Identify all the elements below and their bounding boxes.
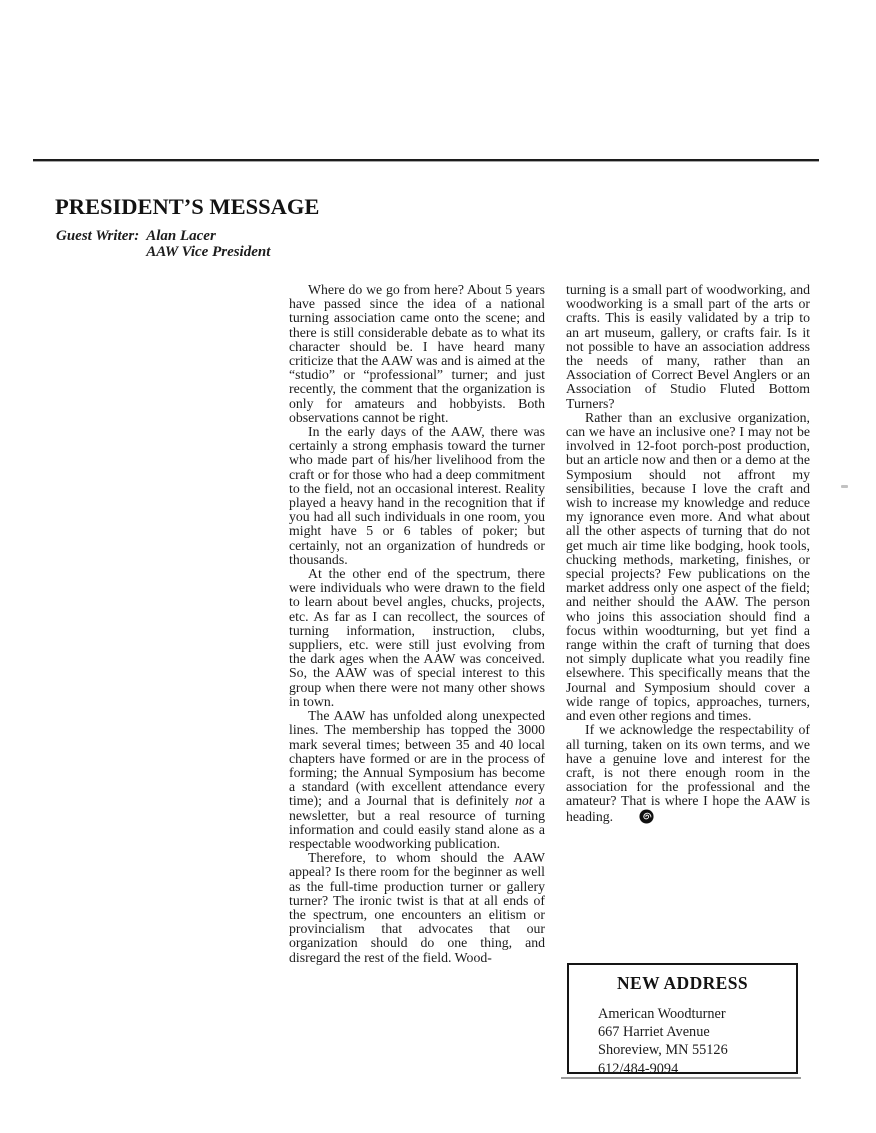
paragraph: Where do we go from here? About 5 years …	[289, 283, 545, 425]
newsletter-page: PRESIDENT’S MESSAGE Guest Writer: Alan L…	[0, 0, 876, 1133]
paragraph: turning is a small part of woodworking, …	[566, 283, 810, 411]
scan-speck	[841, 485, 848, 488]
address-lines: American Woodturner667 Harriet AvenueSho…	[598, 1005, 796, 1078]
address-line: American Woodturner	[598, 1005, 796, 1023]
address-box-title: NEW ADDRESS	[569, 973, 796, 994]
aaw-spiral-logo-icon	[620, 809, 654, 827]
byline-names: Alan Lacer AAW Vice President	[146, 229, 270, 260]
address-line: Shoreview, MN 55126	[598, 1041, 796, 1059]
byline-label: Guest Writer:	[56, 229, 139, 260]
address-line: 667 Harriet Avenue	[598, 1023, 796, 1041]
paragraph: Rather than an exclusive organization, c…	[566, 411, 810, 723]
article-column-right: turning is a small part of woodworking, …	[566, 283, 810, 827]
address-line: 612/484-9094	[598, 1060, 796, 1078]
paragraph: In the early days of the AAW, there was …	[289, 425, 545, 567]
paragraph: The AAW has unfolded along unexpected li…	[289, 709, 545, 851]
paragraph: Therefore, to whom should the AAW appeal…	[289, 851, 545, 965]
guest-writer-role: AAW Vice President	[146, 245, 270, 261]
paragraph: If we acknowledge the respectability of …	[566, 723, 810, 826]
section-divider-rule	[33, 159, 819, 161]
paragraph: At the other end of the spectrum, there …	[289, 567, 545, 709]
article-column-left: Where do we go from here? About 5 years …	[289, 283, 545, 965]
byline: Guest Writer: Alan Lacer AAW Vice Presid…	[56, 229, 270, 260]
new-address-box: NEW ADDRESS American Woodturner667 Harri…	[567, 963, 798, 1074]
page-title: PRESIDENT’S MESSAGE	[55, 194, 319, 220]
address-box-shadow-artifact	[561, 1077, 801, 1079]
guest-writer-name: Alan Lacer	[146, 229, 270, 245]
